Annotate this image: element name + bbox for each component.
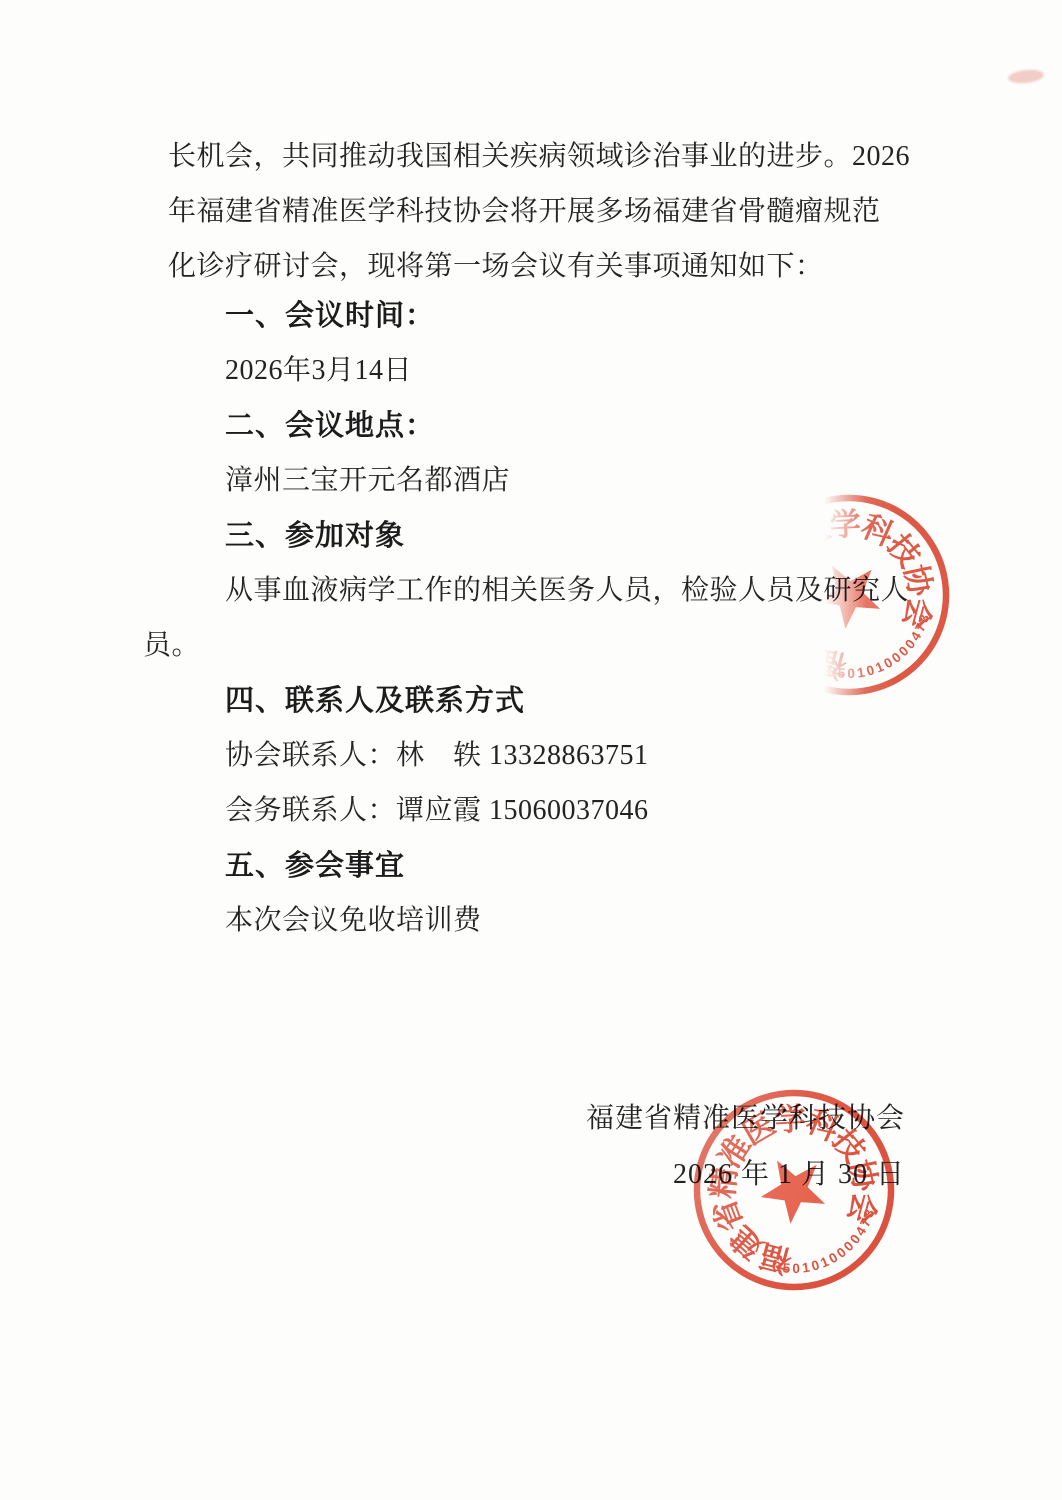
seal-serial-digit: 4 (853, 1224, 870, 1239)
section-heading-meeting-time: 一、会议时间： (168, 300, 905, 332)
seal-serial-digit: 7 (857, 1216, 874, 1229)
seal-serial-digit: 4 (908, 629, 925, 644)
intro-line: 长机会，共同推动我国相关疾病领域诊治事业的进步。2026 (168, 129, 905, 184)
contact-affairs: 会务联系人：谭应霞 15060037046 (168, 795, 905, 827)
seal-serial-digit: 1 (818, 1254, 831, 1271)
seal-serial-digit: 0 (841, 1238, 857, 1254)
seal-arc-character: 福 (756, 1237, 795, 1279)
seal-serial-digit: 0 (847, 1231, 863, 1246)
seal-serial-digit: 1 (801, 1260, 811, 1276)
seal-serial-digit: 3 (916, 612, 933, 624)
seal-serial-digit: 7 (912, 621, 929, 634)
contact-association: 协会联系人：林 轶 13328863751 (168, 740, 905, 772)
signature-date: 2026 年 1 月 30 日 (168, 1158, 905, 1192)
section-heading-attendance: 五、参会事宜 (168, 850, 905, 882)
meeting-time-value: 2026年3月14日 (168, 355, 905, 387)
signature-organization: 福建省精准医学科技协会 (168, 1102, 905, 1136)
section-heading-meeting-place: 二、会议地点： (168, 410, 905, 442)
signature-block: 福建省精准医学科技协会 2026 年 1 月 30 日 (168, 1102, 905, 1192)
participants-line: 从事血液病学工作的相关医务人员，检验人员及研究人 (168, 575, 905, 607)
seal-serial-digit: 5 (782, 1260, 791, 1276)
seal-serial-digit: 0 (826, 1250, 840, 1267)
scan-smudge (1007, 68, 1044, 85)
intro-line: 化诊疗研讨会，现将第一场会议有关事项通知如下： (168, 239, 905, 294)
seal-serial-digit: 3 (772, 1258, 783, 1274)
section-heading-participants: 三、参加对象 (168, 520, 905, 552)
seal-serial-digit: 0 (810, 1257, 821, 1273)
section-heading-contacts: 四、联系人及联系方式 (168, 685, 905, 717)
attendance-fee-note: 本次会议免收培训费 (168, 905, 905, 937)
seal-arc-character: 省 (706, 1195, 750, 1236)
seal-serial-digit: 0 (834, 1244, 849, 1260)
scanned-notice-page: 长机会，共同推动我国相关疾病领域诊治事业的进步。2026 年福建省精准医学科技协… (0, 0, 1062, 1500)
seal-arc-character: 建 (724, 1219, 770, 1266)
meeting-place-value: 漳州三宝开元名都酒店 (168, 465, 905, 497)
notice-sections: 一、会议时间： 2026年3月14日 二、会议地点： 漳州三宝开元名都酒店 三、… (168, 300, 905, 937)
participants-line-continued: 员。 (143, 630, 905, 662)
intro-line: 年福建省精准医学科技协会将开展多场福建省骨髓瘤规范 (168, 184, 905, 239)
intro-paragraph: 长机会，共同推动我国相关疾病领域诊治事业的进步。2026 年福建省精准医学科技协… (168, 129, 905, 294)
seal-arc-character: 会 (841, 1189, 883, 1228)
seal-serial-digit: 0 (792, 1261, 800, 1276)
seal-serial-digit: 3 (861, 1207, 878, 1219)
document-body: 长机会，共同推动我国相关疾病领域诊治事业的进步。2026 年福建省精准医学科技协… (168, 129, 905, 1192)
